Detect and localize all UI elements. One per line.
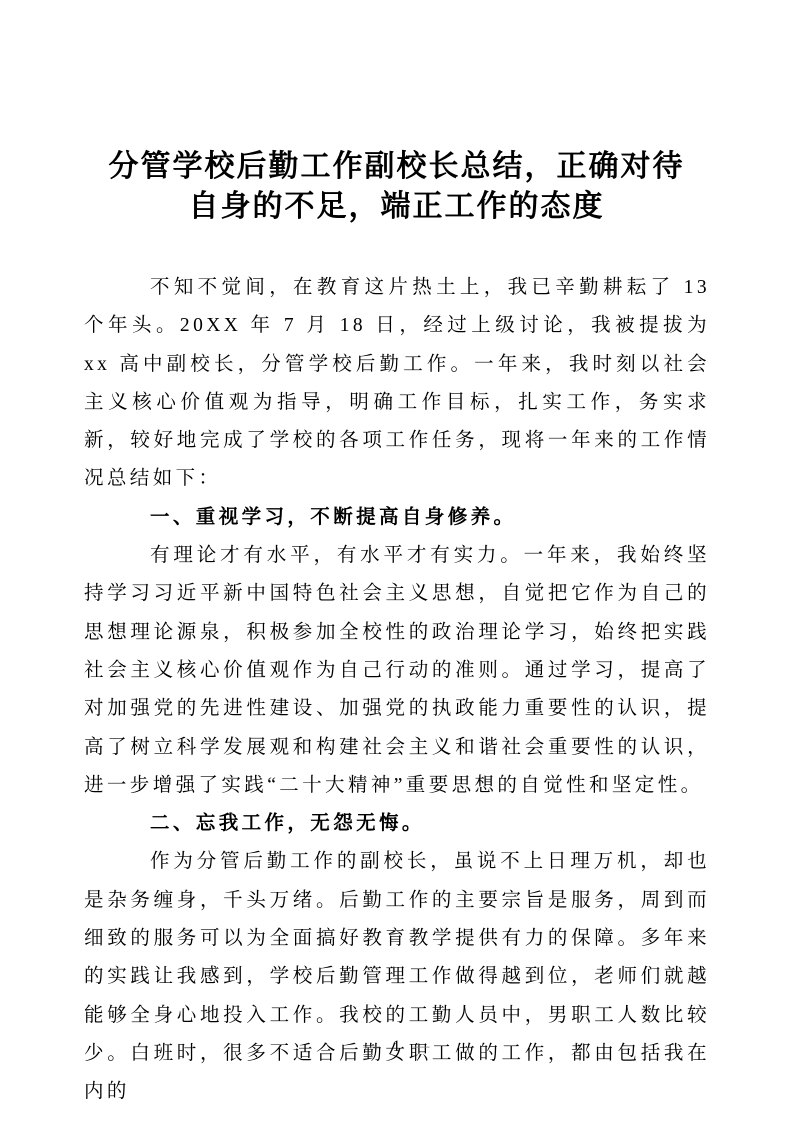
paragraph-section-2: 作为分管后勤工作的副校长，虽说不上日理万机，却也是杂务缠身，千头万绪。后勤工作的… [84, 843, 710, 1111]
page-footer: — 1 — [0, 1032, 793, 1062]
section-heading-1: 一、重视学习，不断提高自身修养。 [84, 499, 710, 537]
section-heading-2: 二、忘我工作，无怨无悔。 [84, 805, 710, 843]
page-number: 1 [393, 1032, 401, 1062]
footer-dash-left: — [364, 1032, 380, 1062]
paragraph-intro: 不知不觉间，在教育这片热土上，我已辛勤耕耘了 13 个年头。20XX 年 7 月… [84, 269, 710, 499]
document-body: 不知不觉间，在教育这片热土上，我已辛勤耕耘了 13 个年头。20XX 年 7 月… [84, 269, 710, 1112]
footer-dash-right: — [414, 1032, 430, 1062]
document-page: 分管学校后勤工作副校长总结，正确对待自身的不足，端正工作的态度 不知不觉间，在教… [0, 0, 793, 1122]
document-title: 分管学校后勤工作副校长总结，正确对待自身的不足，端正工作的态度 [102, 147, 692, 227]
paragraph-section-1: 有理论才有水平，有水平才有实力。一年来，我始终坚持学习习近平新中国特色社会主义思… [84, 537, 710, 805]
